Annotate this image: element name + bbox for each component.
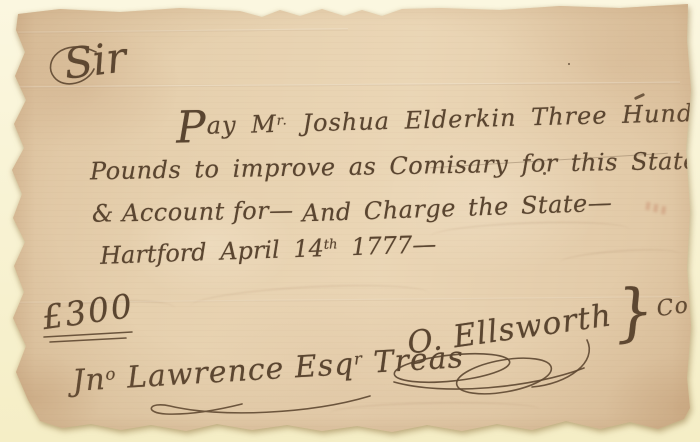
- account-phrase: & Account for—: [92, 196, 294, 228]
- date-line: Hartford April 14th 1777—: [100, 230, 437, 270]
- fold-crease-top: [18, 28, 348, 33]
- pay-text: ay M: [206, 110, 277, 140]
- ink-showthrough: [430, 219, 631, 248]
- salutation: Sir: [61, 32, 129, 88]
- charge-phrase: And Charge the State—: [302, 189, 613, 228]
- document-paper-wrapper: Sir Pay Mr. Joshua Elderkin Three Hundre…: [0, 0, 700, 442]
- pay-initial-capital: P: [175, 102, 207, 154]
- addressee-flourish: [130, 392, 382, 420]
- addressee-mid: Lawrence Esq: [116, 347, 356, 396]
- addressee-title: Treas: [362, 340, 465, 381]
- ink-speck: [568, 63, 570, 65]
- ink-speck: [543, 172, 546, 175]
- signature-title: Comtee: [655, 284, 700, 322]
- addressee-line: Jno Lawrence Esqr Treas: [71, 340, 465, 399]
- scanned-document-scene: Sir Pay Mr. Joshua Elderkin Three Hundre…: [0, 0, 700, 442]
- pay-text-rest: Joshua Elderkin Three Hundred: [287, 98, 700, 138]
- date-superscript: th: [323, 237, 337, 252]
- ink-showthrough: [560, 246, 681, 270]
- ink-showthrough: [189, 280, 430, 321]
- pay-superscript: r.: [276, 113, 287, 128]
- date-text: Hartford April 14: [100, 234, 325, 270]
- signature-brace: }: [612, 285, 657, 338]
- document-paper: Sir Pay Mr. Joshua Elderkin Three Hundre…: [0, 0, 700, 442]
- pay-line: Pay Mr. Joshua Elderkin Three Hundred: [176, 95, 700, 144]
- amount-figure: £300: [40, 286, 137, 337]
- date-year: 1777—: [337, 230, 437, 261]
- faint-red-mark: [645, 202, 650, 210]
- signature-title-text: Com: [655, 290, 700, 322]
- addressee-name: Jn: [71, 362, 106, 399]
- ink-showthrough: [330, 400, 540, 422]
